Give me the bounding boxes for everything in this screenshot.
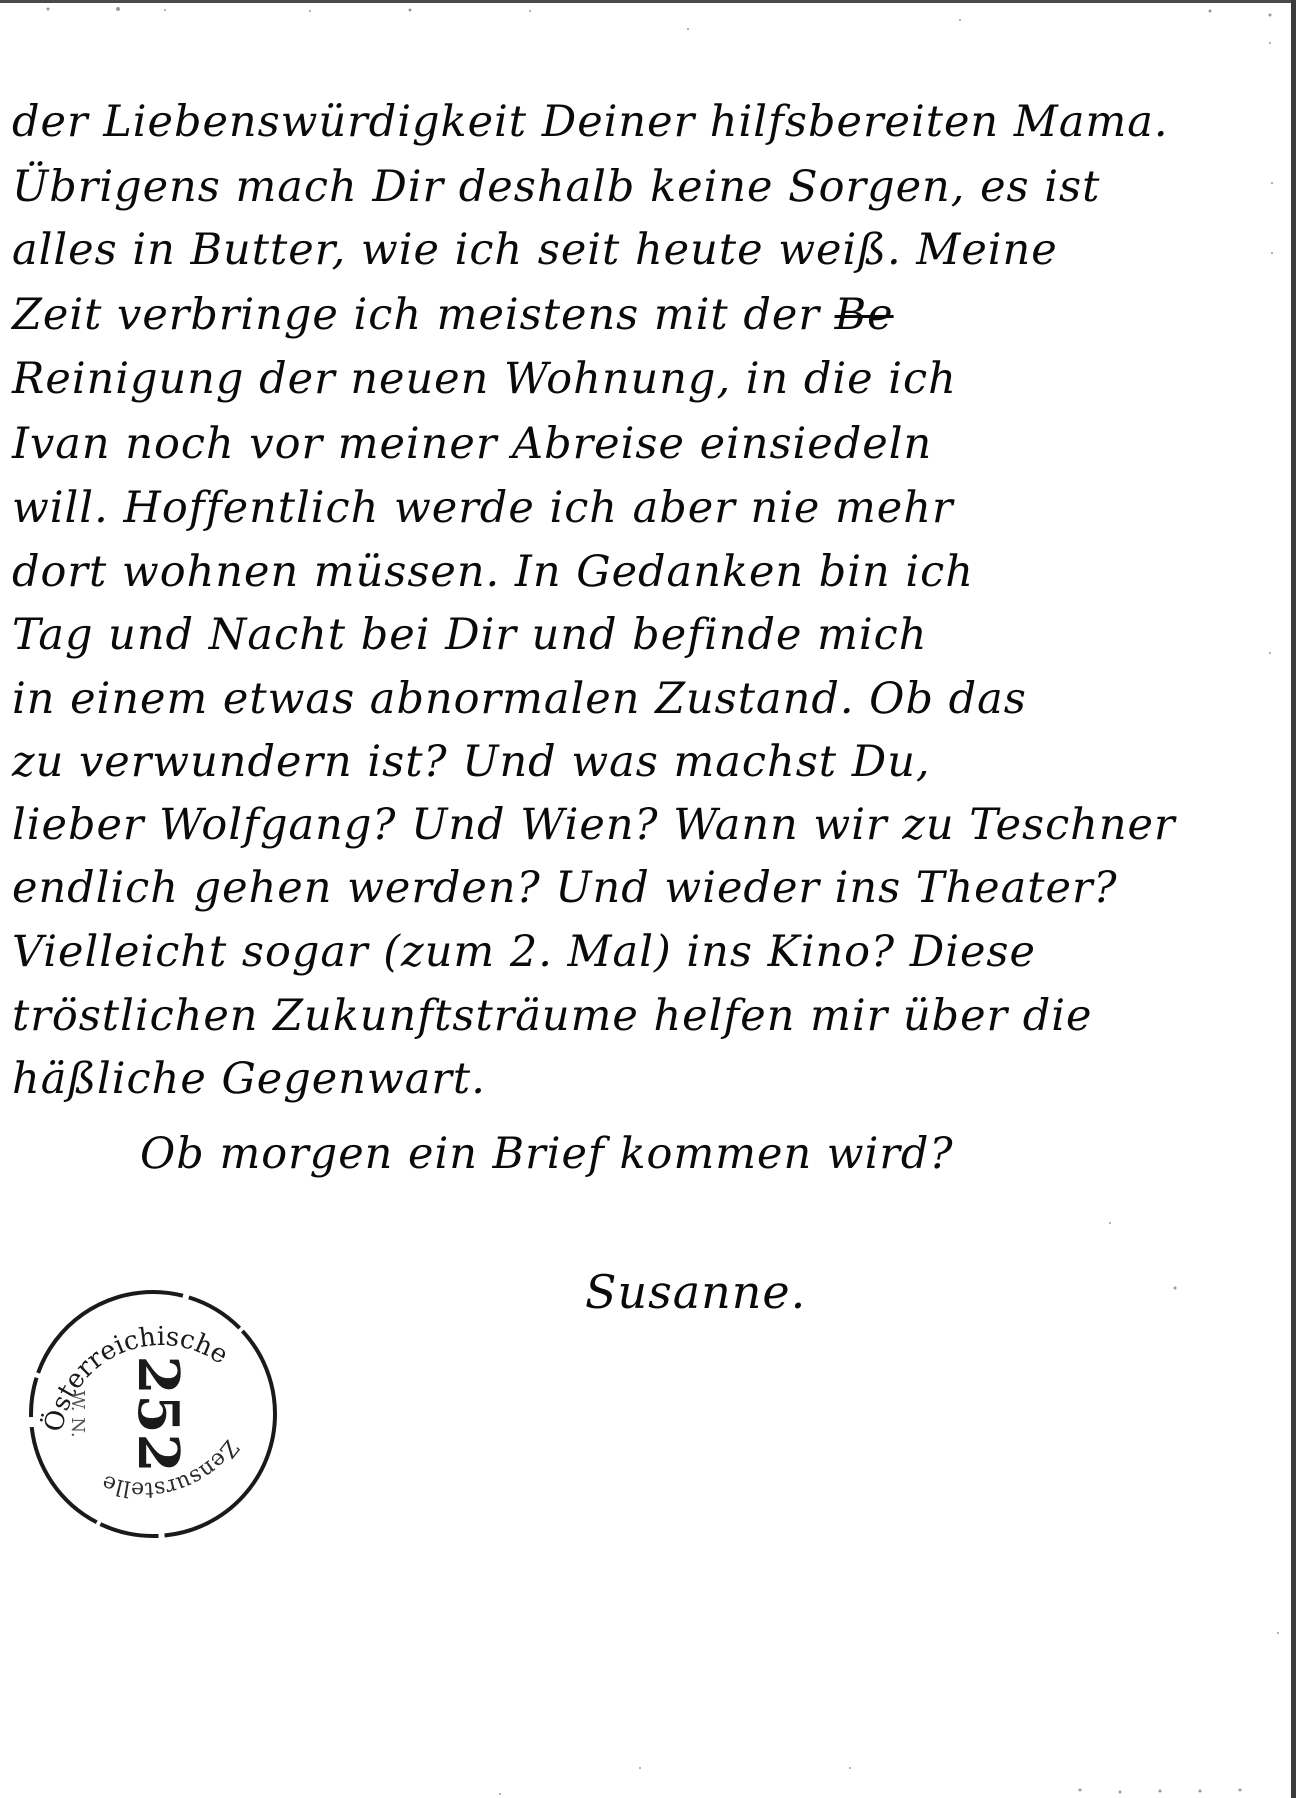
stamp-number: 252 bbox=[125, 1356, 191, 1473]
letter-line-3: alles in Butter, wie ich seit heute weiß… bbox=[12, 229, 1058, 272]
letter-line-14: Vielleicht sogar (zum 2. Mal) ins Kino? … bbox=[12, 931, 1036, 974]
letter-line-10: in einem etwas abnormalen Zustand. Ob da… bbox=[12, 678, 1027, 721]
censor-stamp: Österreichische Zensurstelle W. N. 252 bbox=[22, 1283, 284, 1545]
letter-line-15: tröstlichen Zukunftsträume helfen mir üb… bbox=[12, 995, 1092, 1038]
letter-line-7: will. Hoffentlich werde ich aber nie meh… bbox=[12, 487, 954, 530]
letter-line-13: endlich gehen werden? Und wieder ins The… bbox=[12, 867, 1118, 910]
letter-line-8: dort wohnen müssen. In Gedanken bin ich bbox=[12, 551, 974, 594]
letter-line-6: Ivan noch vor meiner Abreise einsiedeln bbox=[12, 423, 932, 466]
scan-right-edge bbox=[1291, 0, 1296, 1798]
letter-line-16: häßliche Gegenwart. bbox=[12, 1058, 486, 1101]
letter-line-12: lieber Wolfgang? Und Wien? Wann wir zu T… bbox=[12, 804, 1176, 847]
struck-through-word: Be bbox=[835, 290, 894, 340]
letter-line-4-text: Zeit verbringe ich meistens mit der bbox=[12, 290, 820, 340]
letter-line-4: Zeit verbringe ich meistens mit der Be bbox=[12, 294, 894, 337]
signature: Susanne. bbox=[585, 1265, 806, 1319]
letter-line-9: Tag und Nacht bei Dir und befinde mich bbox=[12, 614, 927, 657]
stamp-left-text: W. N. bbox=[67, 1390, 88, 1437]
letter-line-11: zu verwundern ist? Und was machst Du, bbox=[12, 741, 931, 784]
letter-line-5: Reinigung der neuen Wohnung, in die ich bbox=[12, 358, 957, 401]
letter-closing-question: Ob morgen ein Brief kommen wird? bbox=[140, 1133, 954, 1176]
letter-page: der Liebenswürdigkeit Deiner hilfsbereit… bbox=[0, 3, 1291, 1798]
letter-line-2: Übrigens mach Dir deshalb keine Sorgen, … bbox=[12, 166, 1100, 209]
letter-line-1: der Liebenswürdigkeit Deiner hilfsbereit… bbox=[12, 101, 1169, 144]
